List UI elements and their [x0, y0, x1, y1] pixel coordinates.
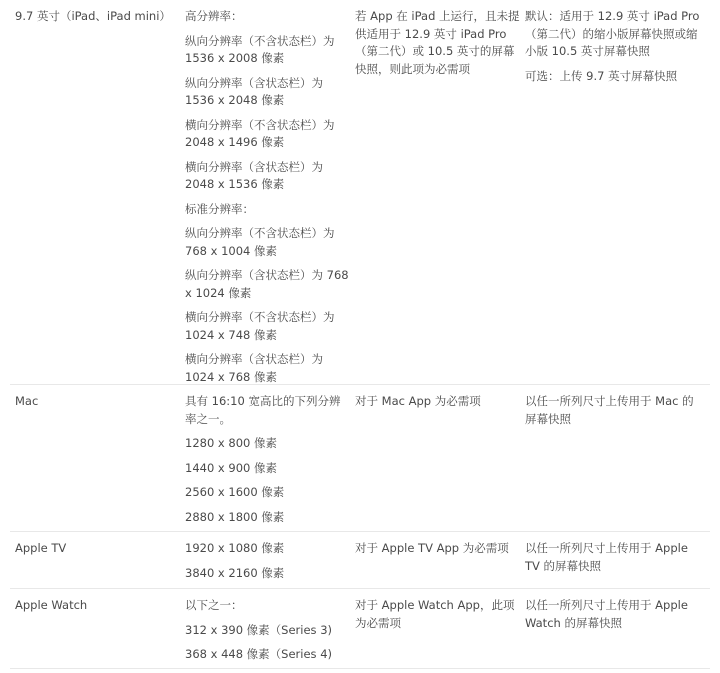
notes-cell: 以任一所列尺寸上传用于 Apple Watch 的屏幕快照 — [520, 589, 705, 668]
requirement-cell: 对于 Apple TV App 为必需项 — [350, 532, 520, 588]
requirement-text: 若 App 在 iPad 上运行，且未提供适用于 12.9 英寸 iPad Pr… — [355, 8, 520, 78]
resolution-item: 纵向分辨率（不含状态栏）为 1536 x 2008 像素 — [185, 33, 350, 68]
table-row-apple-watch: Apple Watch 以下之一： 312 x 390 像素（Series 3)… — [10, 589, 710, 669]
note-text: 以任一所列尺寸上传用于 Mac 的屏幕快照 — [525, 393, 705, 428]
requirement-cell: 若 App 在 iPad 上运行，且未提供适用于 12.9 英寸 iPad Pr… — [350, 0, 520, 384]
resolution-cell: 以下之一： 312 x 390 像素（Series 3) 368 x 448 像… — [180, 589, 350, 668]
requirement-text: 对于 Apple Watch App，此项为必需项 — [355, 597, 520, 632]
device-name: 9.7 英寸（iPad、iPad mini） — [15, 8, 180, 26]
resolution-item: 1440 x 900 像素 — [185, 460, 350, 478]
resolution-item: 3840 x 2160 像素 — [185, 565, 350, 583]
resolution-cell: 高分辨率： 纵向分辨率（不含状态栏）为 1536 x 2008 像素 纵向分辨率… — [180, 0, 350, 384]
note-text: 可选：上传 9.7 英寸屏幕快照 — [525, 68, 705, 86]
resolution-item: 横向分辨率（不含状态栏）为 1024 x 748 像素 — [185, 309, 350, 344]
resolution-item: 368 x 448 像素（Series 4) — [185, 646, 350, 664]
resolution-heading: 标准分辨率： — [185, 201, 350, 219]
table-row-ipad-9-7: 9.7 英寸（iPad、iPad mini） 高分辨率： 纵向分辨率（不含状态栏… — [10, 0, 710, 385]
requirement-text: 对于 Apple TV App 为必需项 — [355, 540, 520, 558]
resolution-heading: 高分辨率： — [185, 8, 350, 26]
device-name: Apple TV — [15, 540, 180, 558]
device-cell: Mac — [10, 385, 180, 531]
resolution-item: 纵向分辨率（含状态栏）为 1536 x 2048 像素 — [185, 75, 350, 110]
resolution-item: 1280 x 800 像素 — [185, 435, 350, 453]
resolution-item: 横向分辨率（含状态栏）为 1024 x 768 像素 — [185, 351, 350, 386]
table-row-mac: Mac 具有 16:10 宽高比的下列分辨率之一。 1280 x 800 像素 … — [10, 385, 710, 532]
note-text: 以任一所列尺寸上传用于 Apple TV 的屏幕快照 — [525, 540, 705, 575]
resolution-item: 312 x 390 像素（Series 3) — [185, 622, 350, 640]
resolution-item: 横向分辨率（含状态栏）为 2048 x 1536 像素 — [185, 159, 350, 194]
requirement-cell: 对于 Mac App 为必需项 — [350, 385, 520, 531]
note-text: 以任一所列尺寸上传用于 Apple Watch 的屏幕快照 — [525, 597, 705, 632]
note-text: 默认：适用于 12.9 英寸 iPad Pro（第二代）的缩小版屏幕快照或缩小版… — [525, 8, 705, 61]
resolution-item: 1920 x 1080 像素 — [185, 540, 350, 558]
notes-cell: 以任一所列尺寸上传用于 Mac 的屏幕快照 — [520, 385, 705, 531]
device-name: Apple Watch — [15, 597, 180, 615]
screenshot-spec-table: 9.7 英寸（iPad、iPad mini） 高分辨率： 纵向分辨率（不含状态栏… — [10, 0, 710, 669]
resolution-item: 纵向分辨率（含状态栏）为 768 x 1024 像素 — [185, 267, 350, 302]
requirement-text: 对于 Mac App 为必需项 — [355, 393, 520, 411]
resolution-heading: 以下之一： — [185, 597, 350, 615]
requirement-cell: 对于 Apple Watch App，此项为必需项 — [350, 589, 520, 668]
resolution-item: 2880 x 1800 像素 — [185, 509, 350, 527]
device-cell: 9.7 英寸（iPad、iPad mini） — [10, 0, 180, 384]
notes-cell: 以任一所列尺寸上传用于 Apple TV 的屏幕快照 — [520, 532, 705, 588]
device-cell: Apple Watch — [10, 589, 180, 668]
resolution-cell: 具有 16:10 宽高比的下列分辨率之一。 1280 x 800 像素 1440… — [180, 385, 350, 531]
resolution-heading: 具有 16:10 宽高比的下列分辨率之一。 — [185, 393, 350, 428]
table-row-apple-tv: Apple TV 1920 x 1080 像素 3840 x 2160 像素 对… — [10, 532, 710, 589]
device-name: Mac — [15, 393, 180, 411]
device-cell: Apple TV — [10, 532, 180, 588]
resolution-item: 纵向分辨率（不含状态栏）为 768 x 1004 像素 — [185, 225, 350, 260]
resolution-item: 2560 x 1600 像素 — [185, 484, 350, 502]
resolution-item: 横向分辨率（不含状态栏）为 2048 x 1496 像素 — [185, 117, 350, 152]
notes-cell: 默认：适用于 12.9 英寸 iPad Pro（第二代）的缩小版屏幕快照或缩小版… — [520, 0, 705, 384]
resolution-cell: 1920 x 1080 像素 3840 x 2160 像素 — [180, 532, 350, 588]
